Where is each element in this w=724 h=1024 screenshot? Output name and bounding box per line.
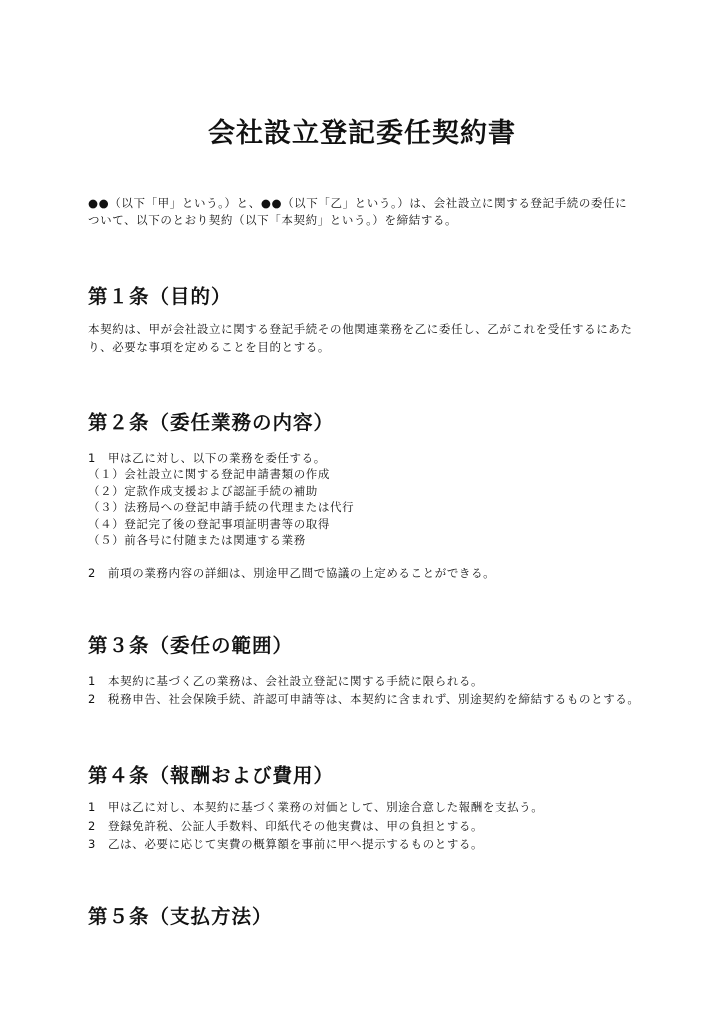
article-4-line-2: 2 登録免許税、公証人手数料、印紙代その他実費は、甲の負担とする。 (88, 818, 483, 834)
article-2-line-6: （５）前各号に付随または関連する業務 (88, 532, 306, 548)
article-1-heading: 第１条（目的） (88, 284, 232, 310)
article-2-line-3: （２）定款作成支援および認証手続の補助 (88, 483, 318, 499)
article-1-line-2: り、必要な事項を定めることを目的とする。 (88, 339, 330, 355)
article-2-line-2: （１）会社設立に関する登記申請書類の作成 (88, 466, 330, 482)
article-4-line-1: 1 甲は乙に対し、本契約に基づく業務の対価として、別途合意した報酬を支払う。 (88, 799, 543, 815)
article-1-line-1: 本契約は、甲が会社設立に関する登記手続その他関連業務を乙に委任し、乙がこれを受任… (88, 321, 633, 337)
article-3-line-2: 2 税務申告、社会保険手続、許認可申請等は、本契約に含まれず、別途契約を締結する… (88, 691, 640, 707)
article-2-line-7: 2 前項の業務内容の詳細は、別途甲乙間で協議の上定めることができる。 (88, 565, 495, 581)
document-page: 会社設立登記委任契約書 ●●（以下「甲」という。）と、●●（以下「乙」という。）… (0, 0, 724, 1024)
intro-line-1: ●●（以下「甲」という。）と、●●（以下「乙」という。）は、会社設立に関する登記… (88, 195, 627, 211)
article-4-line-3: 3 乙は、必要に応じて実費の概算額を事前に甲へ提示するものとする。 (88, 836, 483, 852)
intro-line-2: ついて、以下のとおり契約（以下「本契約」という。）を締結する。 (88, 212, 457, 228)
article-4-heading: 第４条（報酬および費用） (88, 763, 334, 789)
article-2-line-1: 1 甲は乙に対し、以下の業務を委任する。 (88, 450, 326, 466)
document-title: 会社設立登記委任契約書 (0, 116, 724, 152)
article-5-heading: 第５条（支払方法） (88, 904, 273, 930)
article-2-heading: 第２条（委任業務の内容） (88, 410, 334, 436)
article-2-line-5: （４）登記完了後の登記事項証明書等の取得 (88, 516, 330, 532)
article-3-line-1: 1 本契約に基づく乙の業務は、会社設立登記に関する手続に限られる。 (88, 673, 483, 689)
article-2-line-4: （３）法務局への登記申請手続の代理または代行 (88, 499, 354, 515)
article-3-heading: 第３条（委任の範囲） (88, 633, 293, 659)
